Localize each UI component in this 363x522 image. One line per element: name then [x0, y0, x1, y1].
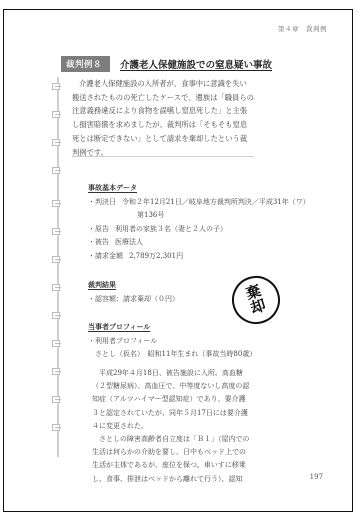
binding-ring-icon	[52, 368, 60, 375]
user-name-birth: さとし（仮名） 昭和11年生まれ（事故当時80歳）	[88, 348, 256, 362]
chapter-header: 第４章 裁判例	[278, 24, 327, 33]
case-number-badge: 裁判例８	[61, 56, 110, 72]
profile-paragraph: 平成29年４月18日、被告施設に入所。高血糖（２型糖尿病）、高血圧で、中等度ない…	[92, 367, 252, 433]
intro-paragraph: 介護老人保健施設の入所者が、食事中に意識を失い搬送されたものの死亡したケースで、…	[72, 77, 254, 159]
profile-section: 当事者プロフィール ・利用者プロフィール さとし（仮名） 昭和11年生まれ（事故…	[88, 321, 256, 362]
binding-ring-icon	[52, 256, 60, 263]
page-number: 197	[310, 473, 323, 481]
basic-data-heading: 事故基本データ	[88, 182, 310, 196]
binding-ring-icon	[52, 396, 60, 403]
binding-ring-icon	[52, 200, 60, 207]
defendant-item: ・被告医療法人	[88, 236, 310, 250]
intro-summary: 介護老人保健施設の入所者が、食事中に意識を失い搬送されたものの死亡したケースで、…	[72, 77, 254, 159]
profile-body: 平成29年４月18日、被告施設に入所。高血糖（２型糖尿病）、高血圧で、中等度ない…	[92, 367, 252, 486]
binding-ring-icon	[52, 167, 60, 174]
binding-ring-icon	[52, 340, 60, 347]
binding-ring-icon	[52, 312, 60, 319]
result-section: 裁判結果 ・認容額：請求棄却（０円）	[88, 279, 179, 306]
profile-paragraph: さとしの障害高齢者自立度は「Ｂ１」（屋内での生活は何らかの介助を要し、日中もベッ…	[92, 433, 252, 486]
case-number-continued: 第136号	[88, 209, 310, 223]
case-title-row: 裁判例８ 介護老人保健施設での窒息疑い事故	[61, 56, 272, 72]
case-title: 介護老人保健施設での窒息疑い事故	[120, 57, 272, 71]
awarded-amount-item: ・認容額：請求棄却（０円）	[88, 293, 179, 307]
binding-ring-icon	[52, 139, 60, 146]
judgment-date-item: ・判決日令和２年12月21日／岐阜地方裁判所判決／平成31年（ワ）	[88, 196, 310, 210]
binding-ring-icon	[52, 228, 60, 235]
binding-ring-icon	[52, 424, 60, 431]
user-profile-subheading: ・利用者プロフィール	[88, 335, 256, 349]
binding-ring-icon	[52, 83, 60, 90]
plaintiff-item: ・原告利用者の家族３名（妻と２人の子）	[88, 223, 310, 237]
result-heading: 裁判結果	[88, 279, 179, 293]
section-divider	[72, 156, 254, 157]
binding-ring-icon	[52, 111, 60, 118]
profile-heading: 当事者プロフィール	[88, 321, 256, 335]
binding-ring-icon	[52, 284, 60, 291]
basic-data-section: 事故基本データ ・判決日令和２年12月21日／岐阜地方裁判所判決／平成31年（ワ…	[88, 182, 310, 263]
claim-amount-item: ・請求金額2,789万2,301円	[88, 250, 310, 264]
